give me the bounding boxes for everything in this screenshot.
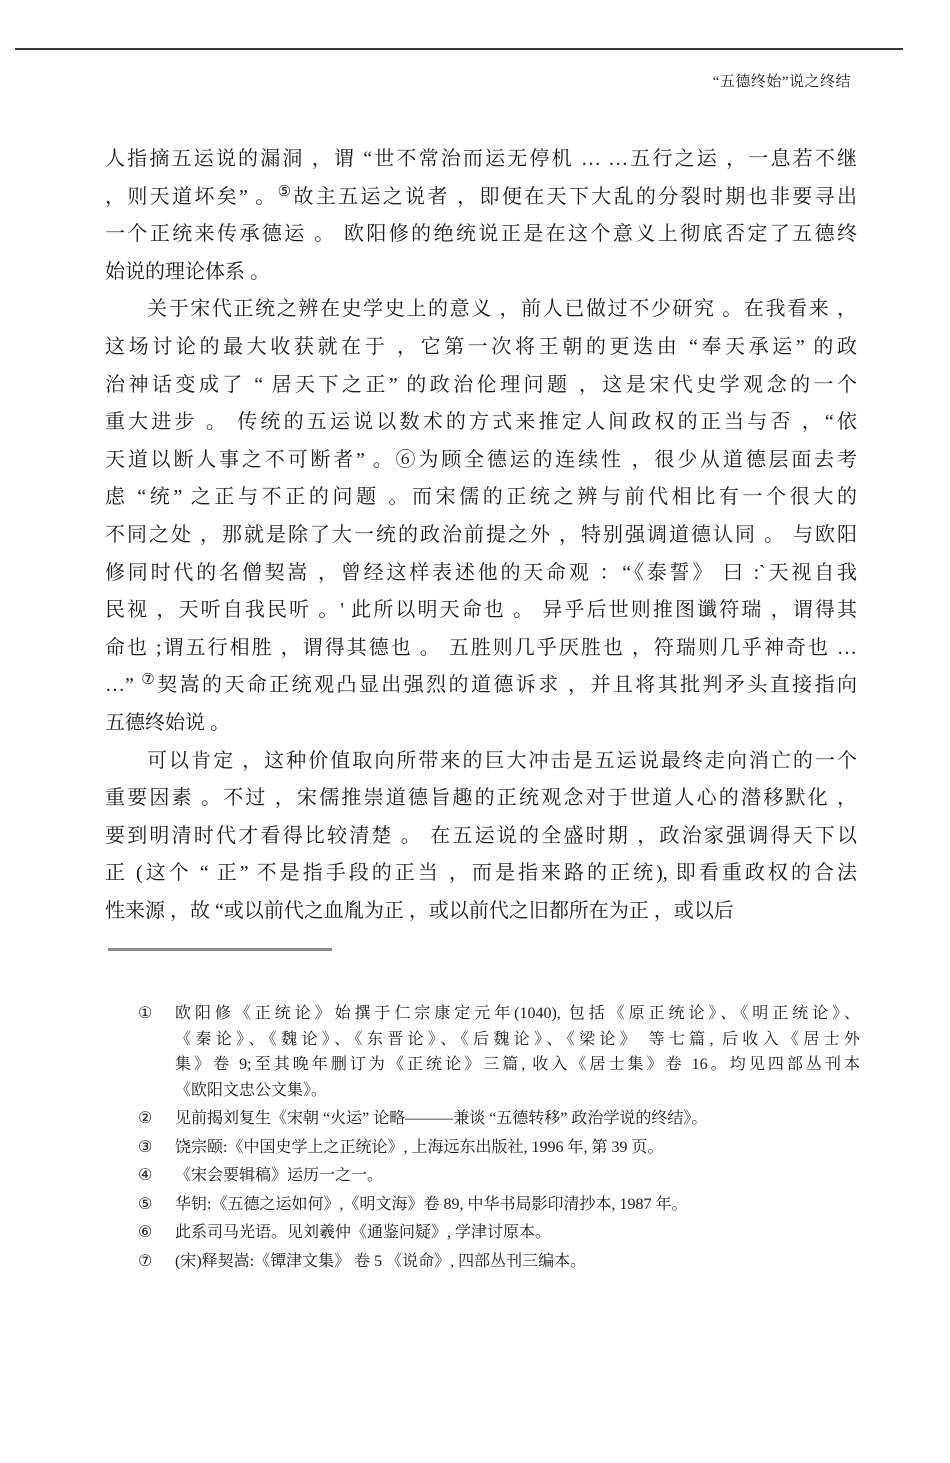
footnote-text: (宋)释契嵩:《镡津文集》 卷 5 《说命》, 四部丛刊三编本。 xyxy=(175,1249,860,1275)
paragraph: 人指摘五运说的漏洞 ，谓 “世不常治而运无停机 … …五行之运 ，一息若不继，则… xyxy=(105,141,857,291)
footnote-line: (宋)释契嵩:《镡津文集》 卷 5 《说命》, 四部丛刊三编本。 xyxy=(175,1249,860,1275)
footnote-item: ⑦(宋)释契嵩:《镡津文集》 卷 5 《说命》, 四部丛刊三编本。 xyxy=(138,1249,860,1275)
footnote-item: ⑥此系司马光语。见刘羲仲《通鉴问疑》, 学津讨原本。 xyxy=(138,1220,860,1246)
text-line: 正 (这个 “ 正” 不是指手段的正当 ，而是指来路的正统), 即看重政权的合法 xyxy=(105,855,857,893)
text-line: 虑 “统” 之正与不正的问题 。而宋儒的正统之辨与前代相比有一个很大的 xyxy=(105,479,857,517)
text-line: 五德终始说 。 xyxy=(105,705,857,743)
footnote-text: 见前揭刘复生《宋朝 “火运” 论略———兼谈 “五德转移” 政治学说的终结》。 xyxy=(175,1106,860,1132)
paragraph: 关于宋代正统之辨在史学史上的意义 ，前人已做过不少研究 。在我看来 ，这场讨论的… xyxy=(105,291,857,742)
text-line: 修同时代的名僧契嵩 ，曾经这样表述他的天命观 ：“《泰誓》 曰 :`天视自我 xyxy=(105,555,857,593)
running-header: “五德终始”说之终结 xyxy=(0,70,851,91)
text-line: 命也 ;谓五行相胜 ，谓得其德也 。 五胜则几乎厌胜也 ，符瑞则几乎神奇也 … xyxy=(105,630,857,668)
footnote-ref: ⑦ xyxy=(141,672,157,688)
footnote-item: ③饶宗颐:《中国史学上之正统论》, 上海远东出版社, 1996 年, 第 39 … xyxy=(138,1135,860,1161)
body-text: 人指摘五运说的漏洞 ，谓 “世不常治而运无停机 … …五行之运 ，一息若不继，则… xyxy=(105,141,857,930)
document-page: “五德终始”说之终结 人指摘五运说的漏洞 ，谓 “世不常治而运无停机 … …五行… xyxy=(0,0,950,1463)
footnote-text: 此系司马光语。见刘羲仲《通鉴问疑》, 学津讨原本。 xyxy=(175,1220,860,1246)
footnote-separator xyxy=(108,948,332,951)
text-line: 重大进步 。 传统的五运说以数术的方式来推定人间政权的正当与否 ，“依 xyxy=(105,404,857,442)
footnote-item: ①欧阳修《正统论》始撰于仁宗康定元年(1040), 包括《原正统论》、《明正统论… xyxy=(138,1001,860,1103)
footnote-text: 华钥:《五德之运如何》,《明文海》卷 89, 中华书局影印清抄本, 1987 年… xyxy=(175,1192,860,1218)
footnote-number: ① xyxy=(138,1001,175,1103)
text-line: 这场讨论的最大收获就在于 ，它第一次将王朝的更迭由 “奉天承运” 的政 xyxy=(105,329,857,367)
text-line: …” ⑦契嵩的天命正统观凸显出强烈的道德诉求 ，并且将其批判矛头直接指向 xyxy=(105,667,857,705)
text-line: 不同之处 ，那就是除了大一统的政治前提之外 ，特别强调道德认同 。 与欧阳 xyxy=(105,517,857,555)
footnote-line: 此系司马光语。见刘羲仲《通鉴问疑》, 学津讨原本。 xyxy=(175,1220,860,1246)
text-line: 性来源 ，故 “或以前代之血胤为正 ，或以前代之旧都所在为正 ，或以后 xyxy=(105,893,857,931)
footnote-line: 见前揭刘复生《宋朝 “火运” 论略———兼谈 “五德转移” 政治学说的终结》。 xyxy=(175,1106,860,1132)
footnote-line: 《秦论》、《魏论》、《东晋论》、《后魏论》、《梁论》 等七篇, 后收入《居士外 xyxy=(175,1027,860,1053)
text-line: 一个正统来传承德运 。 欧阳修的绝统说正是在这个意义上彻底否定了五德终 xyxy=(105,216,857,254)
text-line: 关于宋代正统之辨在史学史上的意义 ，前人已做过不少研究 。在我看来 ， xyxy=(105,291,857,329)
footnote-text: 欧阳修《正统论》始撰于仁宗康定元年(1040), 包括《原正统论》、《明正统论》… xyxy=(175,1001,860,1103)
paragraph: 可以肯定 ，这种价值取向所带来的巨大冲击是五运说最终走向消亡的一个重要因素 。不… xyxy=(105,743,857,931)
footnote-line: 《欧阳文忠公文集》。 xyxy=(175,1078,860,1104)
text-line: 重要因素 。不过 ，宋儒推崇道德旨趣的正统观念对于世道人心的潜移默化 ， xyxy=(105,780,857,818)
footnote-text: 饶宗颐:《中国史学上之正统论》, 上海远东出版社, 1996 年, 第 39 页… xyxy=(175,1135,860,1161)
text-line: 民视 ，天听自我民听 。' 此所以明天命也 。 异乎后世则推图谶符瑞 ，谓得其 xyxy=(105,592,857,630)
footnote-line: 饶宗颐:《中国史学上之正统论》, 上海远东出版社, 1996 年, 第 39 页… xyxy=(175,1135,860,1161)
footnote-number: ⑥ xyxy=(138,1220,175,1246)
footnote-number: ④ xyxy=(138,1163,175,1189)
header-rule xyxy=(15,48,903,50)
footnote-item: ④《宋会要辑稿》运历一之一。 xyxy=(138,1163,860,1189)
footnote-line: 欧阳修《正统论》始撰于仁宗康定元年(1040), 包括《原正统论》、《明正统论》… xyxy=(175,1001,860,1027)
footnotes: ①欧阳修《正统论》始撰于仁宗康定元年(1040), 包括《原正统论》、《明正统论… xyxy=(138,1001,860,1277)
text-line: 天道以断人事之不可断者” 。⑥为顾全德运的连续性 ，很少从道德层面去考 xyxy=(105,442,857,480)
text-line: 始说的理论体系 。 xyxy=(105,254,857,292)
footnote-line: 《宋会要辑稿》运历一之一。 xyxy=(175,1163,860,1189)
text-line: 人指摘五运说的漏洞 ，谓 “世不常治而运无停机 … …五行之运 ，一息若不继 xyxy=(105,141,857,179)
footnote-item: ②见前揭刘复生《宋朝 “火运” 论略———兼谈 “五德转移” 政治学说的终结》。 xyxy=(138,1106,860,1132)
footnote-number: ⑦ xyxy=(138,1249,175,1275)
text-line: ，则天道坏矣” 。⑤故主五运之说者 ，即便在天下大乱的分裂时期也非要寻出 xyxy=(105,179,857,217)
text-line: 可以肯定 ，这种价值取向所带来的巨大冲击是五运说最终走向消亡的一个 xyxy=(105,743,857,781)
footnote-number: ⑤ xyxy=(138,1192,175,1218)
text-line: 要到明清时代才看得比较清楚 。 在五运说的全盛时期 ，政治家强调得天下以 xyxy=(105,818,857,856)
footnote-number: ② xyxy=(138,1106,175,1132)
footnote-ref: ⑤ xyxy=(278,184,294,200)
footnote-item: ⑤华钥:《五德之运如何》,《明文海》卷 89, 中华书局影印清抄本, 1987 … xyxy=(138,1192,860,1218)
text-line: 治神话变成了 “ 居天下之正” 的政治伦理问题 ，这是宋代史学观念的一个 xyxy=(105,367,857,405)
footnote-line: 华钥:《五德之运如何》,《明文海》卷 89, 中华书局影印清抄本, 1987 年… xyxy=(175,1192,860,1218)
footnote-line: 集》卷 9;至其晚年删订为《正统论》三篇, 收入《居士集》卷 16。均见四部丛刊… xyxy=(175,1052,860,1078)
footnote-number: ③ xyxy=(138,1135,175,1161)
footnote-text: 《宋会要辑稿》运历一之一。 xyxy=(175,1163,860,1189)
